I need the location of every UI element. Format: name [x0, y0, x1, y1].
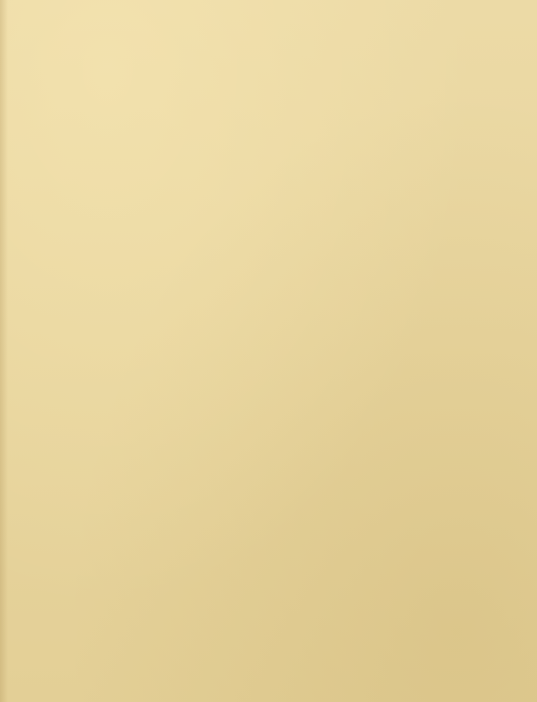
letter-page	[0, 0, 537, 702]
